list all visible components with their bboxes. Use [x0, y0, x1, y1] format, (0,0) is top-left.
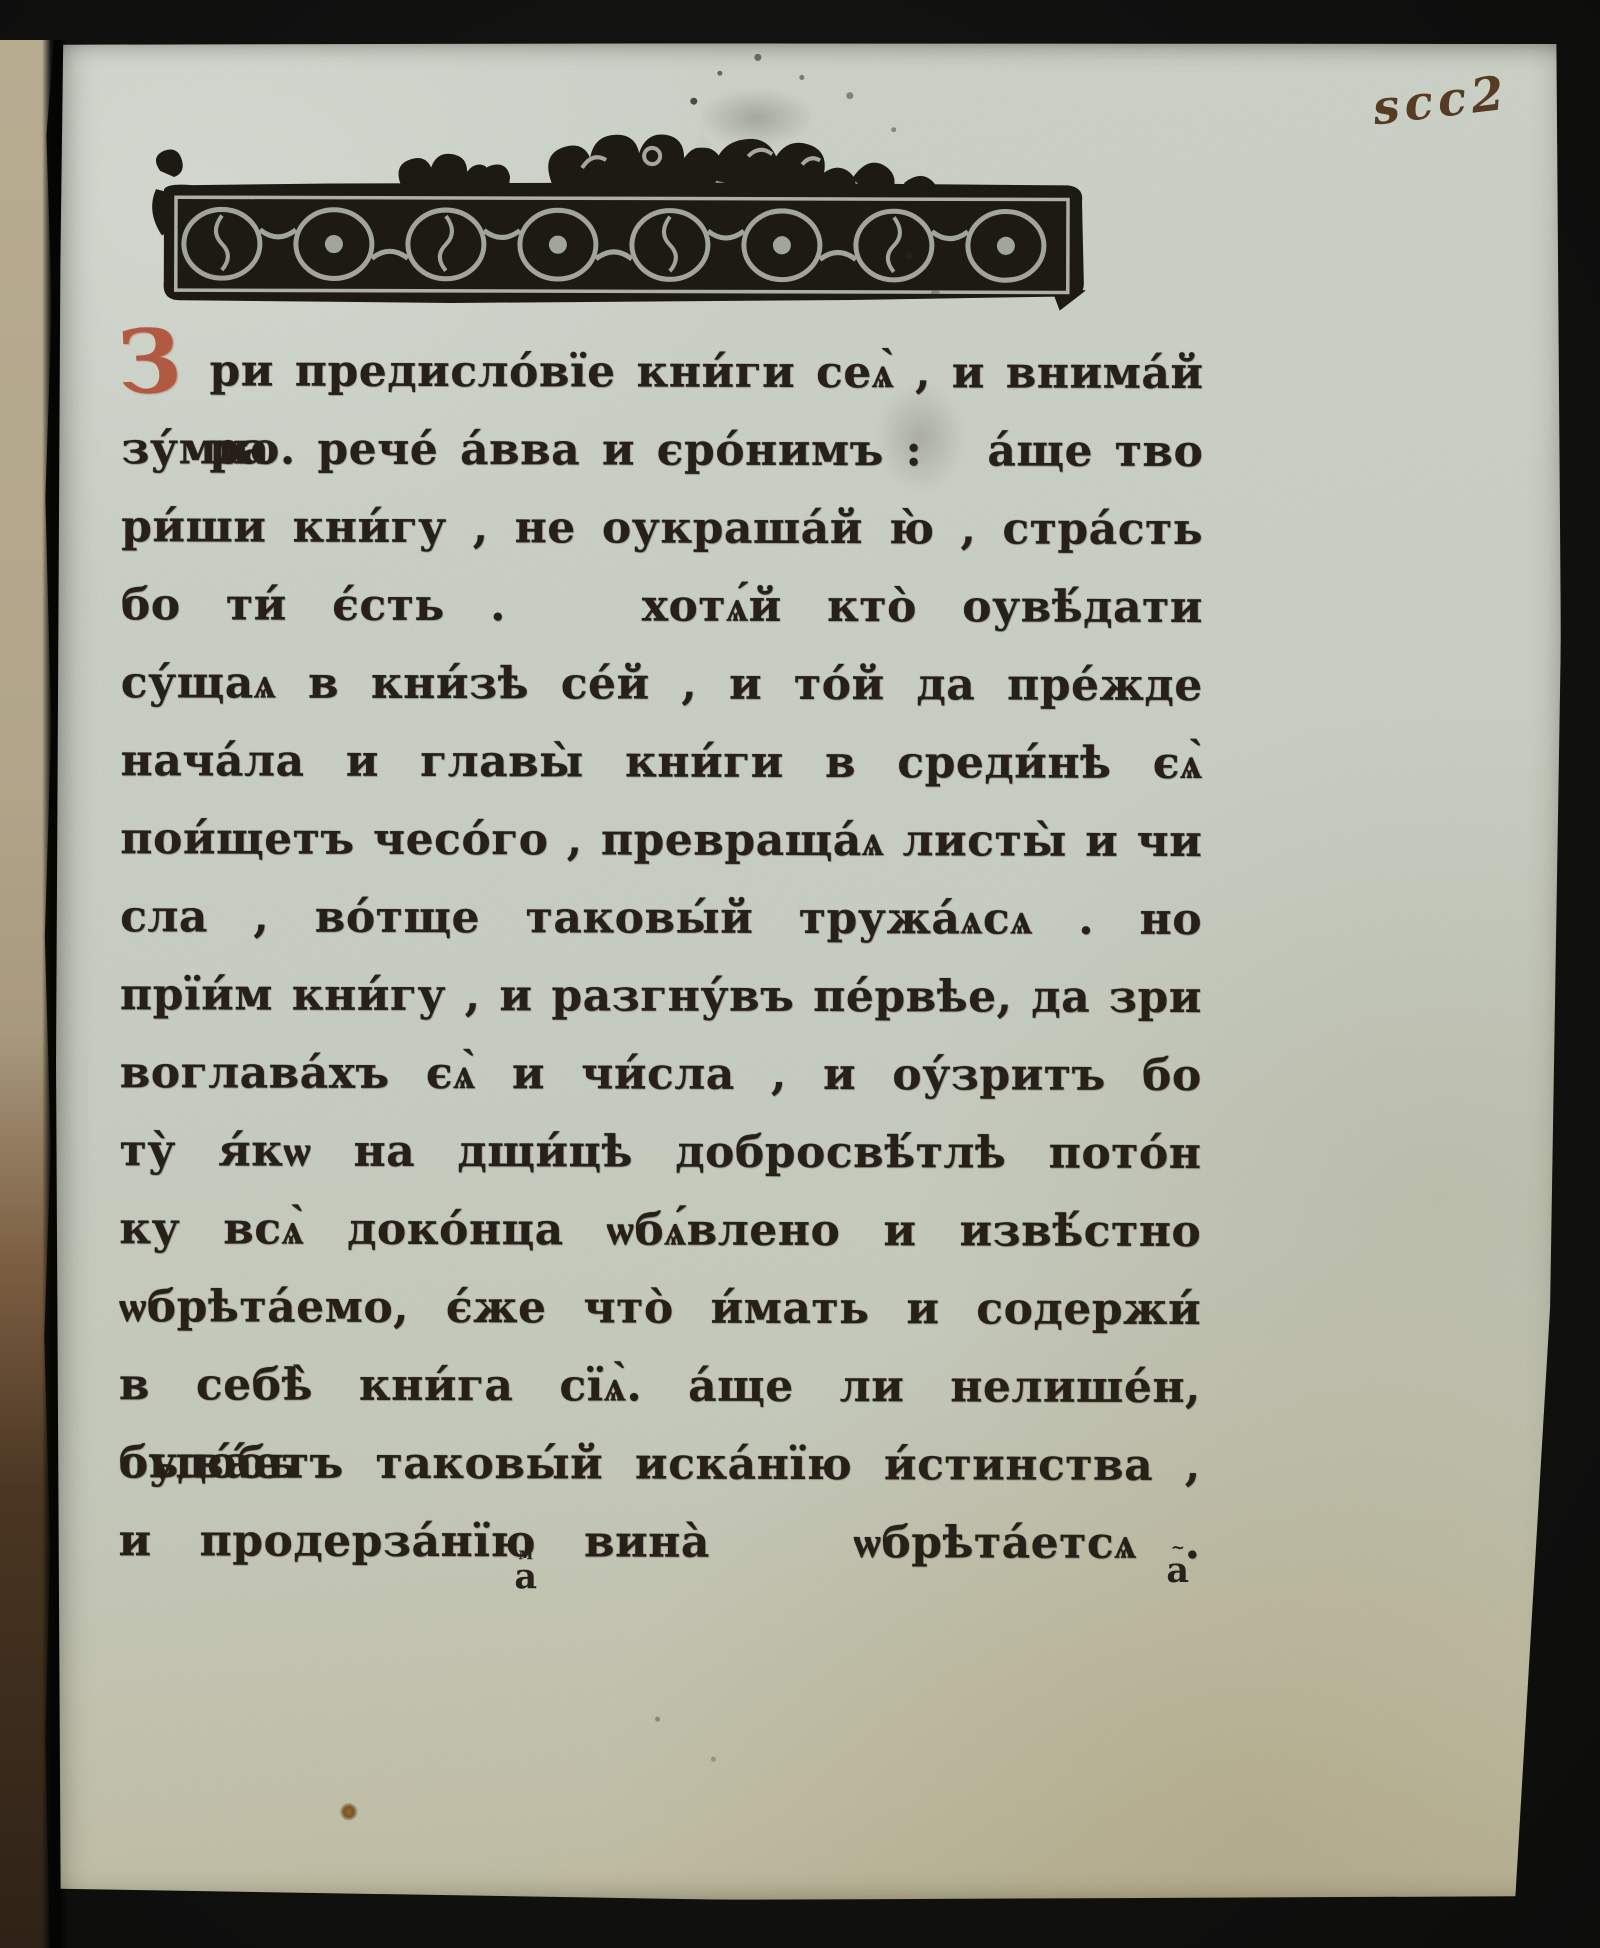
catchword-mark: ~ а: [1166, 1541, 1189, 1587]
foxing-spot: [340, 1803, 358, 1821]
text-line: прїи́м кни́гу , и разгну́въ пе́рвѣе, да …: [120, 956, 1202, 1037]
text-line: в себѣ̀ кни́га сїѧ̀. а́ще ли нелише́н, о…: [119, 1346, 1201, 1427]
text-line: ку всѧ̀ доко́нца ѡбѧ́влено и извѣ́стно: [119, 1190, 1201, 1271]
ink-smudge: [875, 382, 965, 492]
text-line: ри́ши кни́гу , не оукраша́й ю̀ , стра́ст…: [121, 488, 1203, 569]
signature-mark-center: м а: [514, 1547, 537, 1593]
catchword-mark-letter: а: [1166, 1555, 1189, 1587]
text-line: зу́мно. рече́ а́вва и єро́нимъ : а́ще тв…: [121, 410, 1203, 491]
text-line: ри предисло́вїе кни́ги сеѧ̀ , и внима́й …: [121, 332, 1203, 413]
text-line: бо ти́ є́сть . хотѧ́й кто̀ оувѣ́дати: [121, 566, 1203, 647]
handwritten-foliation: ѕсс2: [1370, 58, 1575, 136]
text-line: ту̀ я́кѡ на дщи́цѣ добросвѣ́тлѣ пото́н: [119, 1112, 1201, 1193]
text-block: З ри предисло́вїе кни́ги сеѧ̀ , и внима́…: [118, 332, 1203, 1583]
headpiece-ornament: [152, 110, 1093, 312]
text-line: пои́щетъ чесо́го , превраща́ѧ листы̀ и ч…: [120, 800, 1202, 881]
book-page: ѕсс2 З ри предисло́вїе кни́ги сеѧ̀ , и в…: [52, 40, 1563, 1902]
text-line: ѡбрѣта́емо, є́же что̀ и́мать и содержи́: [119, 1268, 1201, 1349]
text-line: воглава́хъ єѧ̀ и чи́сла , и оу́зритъ бо: [120, 1034, 1202, 1115]
text-line: быва́етъ таковы́й иска́нїю и́стинства ,: [119, 1424, 1201, 1505]
ink-smudge: [696, 88, 816, 148]
scan-background: ѕсс2 З ри предисло́вїе кни́ги сеѧ̀ , и в…: [0, 0, 1600, 1948]
text-line: су́щаѧ в кни́зѣ се́й , и то́й да пре́жде: [121, 644, 1203, 725]
rubricated-initial: З: [115, 317, 183, 406]
text-line: нача́ла и главы̀ кни́ги в среди́нѣ єѧ̀: [120, 722, 1202, 803]
signature-mark-letter: а: [514, 1561, 537, 1593]
text-line: сла , во́тще таковы́й тружа́ѧсѧ . но: [120, 878, 1202, 959]
text-line: и продерза́нїю вина̀ ѡбрѣта́етсѧ .: [118, 1502, 1200, 1583]
